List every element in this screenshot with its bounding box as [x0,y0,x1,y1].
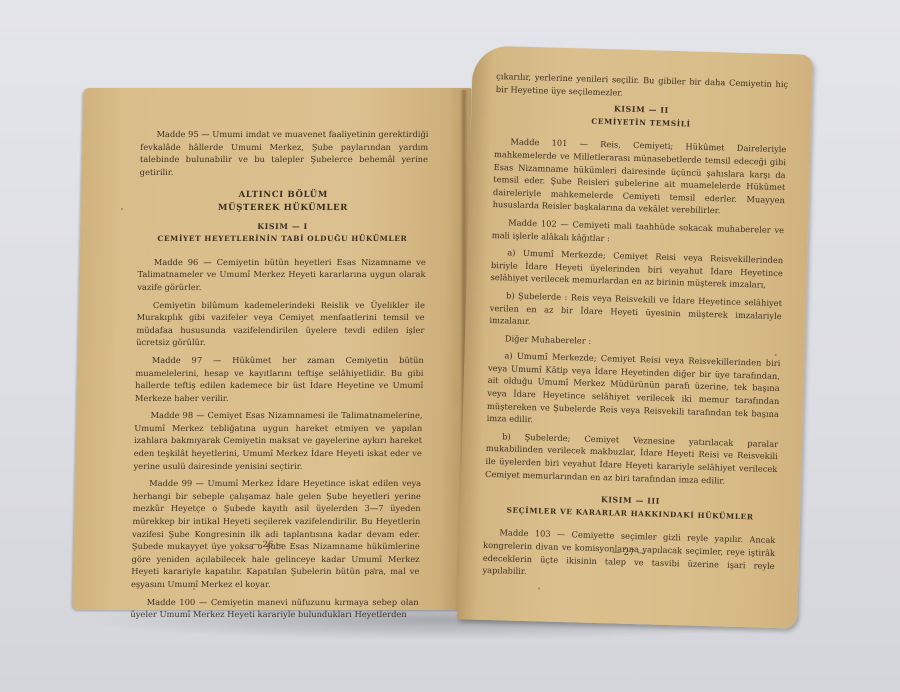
part-subtitle: CEMİYET HEYETLERİNİN TABİ OLDUĞU HÜKÜMLE… [138,233,426,246]
madde-99: Madde 99 — Umumî Merkez İdare Heyetince … [131,477,421,590]
madde-97: Madde 97 — Hükûmet her zaman Cemiyetin b… [135,354,424,404]
other-correspondence-label: Diğer Muhabereler : [489,332,781,353]
paper-speck [538,587,540,589]
paper-speck [373,568,375,570]
madde-102-b: b) Şubelerde : Reis veya Reisvekili ve İ… [489,289,782,335]
other-correspondence-a: a) Umumî Merkezde; Cemiyet Reisi veya Re… [486,349,780,433]
paper-speck [775,354,777,356]
madde-96: Madde 96 — Cemiyetin bütün heyetleri Esa… [137,256,426,294]
madde-98: Madde 98 — Cemiyet Esas Nizamnamesi ile … [133,409,422,472]
paper-speck [193,588,195,590]
madde-100: Madde 100 — Cemiyetin manevi nüfuzunu kı… [130,596,419,621]
left-page-text: Madde 95 — Umumi imdat ve muavenet faali… [130,128,428,626]
section-subtitle: MÜŞTEREK HÜKÜMLER [139,202,427,215]
madde-102-a: a) Umumî Merkezde; Cemiyet Reisi veya Re… [490,246,783,292]
madde-102: Madde 102 — Cemiyeti mali taahhüde sokac… [492,216,785,249]
left-page: Madde 95 — Umumi imdat ve muavenet faali… [73,88,472,610]
madde-96-cont: Cemiyetin bilûmum kademelerindeki Reisli… [136,299,425,349]
right-page: çıkarılır, yerlerine yenileri seçilir. B… [457,45,813,628]
section-title: ALTINCI BÖLÜM [139,189,427,202]
part-title: KISIM — I [138,221,426,234]
paper-speck [121,208,123,210]
page-number-left: — 26 — [74,540,462,550]
madde-95: Madde 95 — Umumi imdat ve muavenet faali… [140,128,429,178]
madde-101: Madde 101 — Reis, Cemiyeti; Hükûmet Dair… [492,135,786,219]
madde-100-cont: çıkarılır, yerlerine yenileri seçilir. B… [496,70,789,103]
right-page-text: çıkarılır, yerlerine yenileri seçilir. B… [482,70,788,590]
other-correspondence-b: b) Şubelerde; Cemiyet Veznesine yatırıla… [485,430,778,489]
paper-speck [722,82,724,84]
